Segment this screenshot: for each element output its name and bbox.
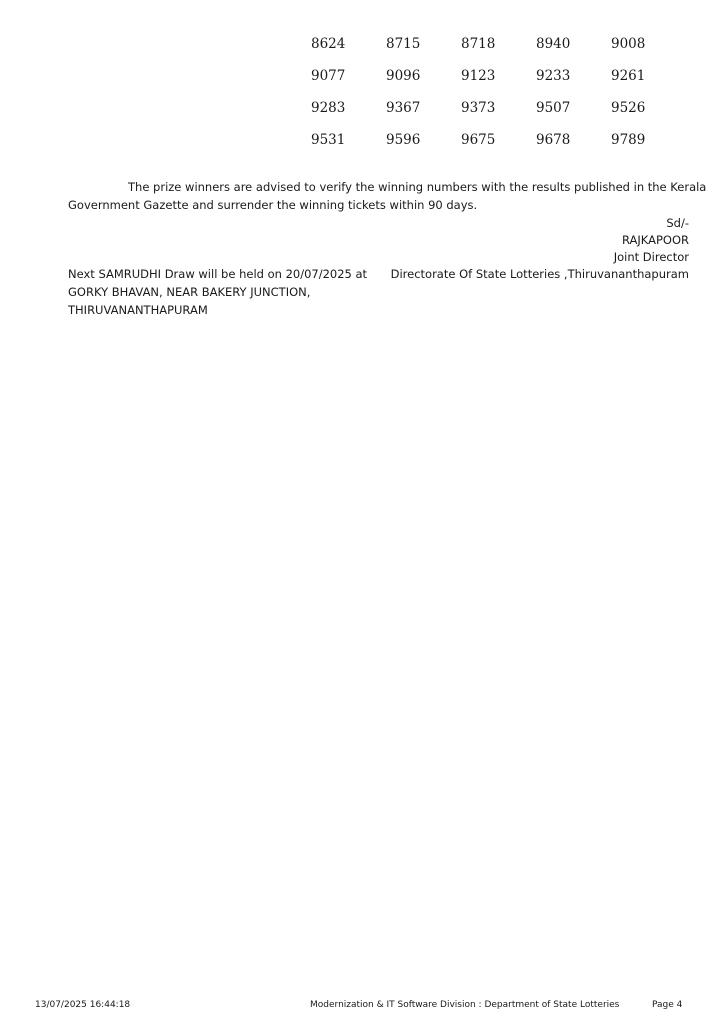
footer-division: Modernization & IT Software Division : D…: [310, 1000, 619, 1010]
winning-number: 9789: [611, 132, 686, 148]
next-draw-line-1: Next SAMRUDHI Draw will be held on 20/07…: [68, 265, 367, 283]
winning-number: 8940: [536, 36, 611, 52]
signatory-office: Directorate Of State Lotteries ,Thiruvan…: [391, 265, 689, 283]
winning-number: 9008: [611, 36, 686, 52]
winning-number: 9373: [461, 100, 536, 116]
notice-line-2: Government Gazette and surrender the win…: [68, 196, 477, 214]
winning-number: 9077: [311, 68, 386, 84]
signatory-title: Joint Director: [614, 248, 689, 266]
winning-number: 9678: [536, 132, 611, 148]
winning-number: 9367: [386, 100, 461, 116]
winning-number: 9261: [611, 68, 686, 84]
signature-sd: Sd/-: [666, 214, 689, 232]
winning-number: 9531: [311, 132, 386, 148]
winning-number: 9596: [386, 132, 461, 148]
next-draw-line-2: GORKY BHAVAN, NEAR BAKERY JUNCTION,: [68, 283, 310, 301]
next-draw-line-3: THIRUVANANTHAPURAM: [68, 301, 208, 319]
winning-number: 9526: [611, 100, 686, 116]
winning-number: 9096: [386, 68, 461, 84]
winning-number: 9123: [461, 68, 536, 84]
number-row: 92839367937395079526: [311, 92, 686, 124]
footer-timestamp: 13/07/2025 16:44:18: [35, 1000, 130, 1010]
winning-numbers-grid: 8624871587188940900890779096912392339261…: [311, 28, 686, 156]
number-row: 90779096912392339261: [311, 60, 686, 92]
notice-line-1: The prize winners are advised to verify …: [128, 178, 706, 196]
number-row: 86248715871889409008: [311, 28, 686, 60]
number-row: 95319596967596789789: [311, 124, 686, 156]
winning-number: 8624: [311, 36, 386, 52]
winning-number: 9233: [536, 68, 611, 84]
winning-number: 8718: [461, 36, 536, 52]
signatory-name: RAJKAPOOR: [622, 231, 689, 249]
footer-page-number: Page 4: [652, 1000, 682, 1010]
winning-number: 9283: [311, 100, 386, 116]
winning-number: 9507: [536, 100, 611, 116]
winning-number: 8715: [386, 36, 461, 52]
winning-number: 9675: [461, 132, 536, 148]
